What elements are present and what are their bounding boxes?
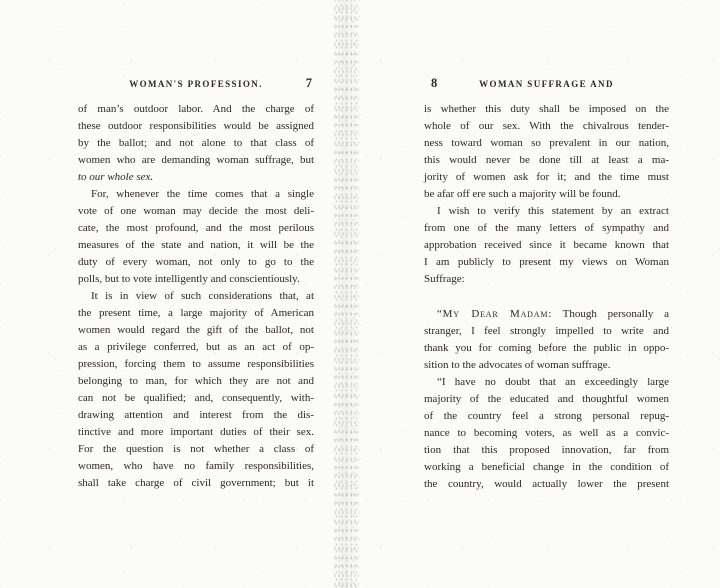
text-line: this would never be done till at least a… [424, 152, 669, 169]
text-line: of the country feel a strong personal re… [424, 408, 669, 425]
text-line: majority of the educated and thoughtful … [424, 391, 669, 408]
letter-salutation: “My Dear Madam: [437, 308, 552, 320]
text-line: of man’s outdoor labor. And the charge o… [78, 101, 314, 118]
text-line: as a privilege conferred, but as an act … [78, 339, 314, 356]
text-line: the country, would actually lower the pr… [424, 476, 669, 493]
text-line: stranger, I feel strongly impelled to wr… [424, 323, 669, 340]
text-line: women who are demanding woman suffrage, … [78, 152, 314, 169]
page-number-right: 8 [431, 76, 437, 91]
text-line: duty of every woman, not only to go to t… [78, 254, 314, 271]
left-page: WOMAN'S PROFESSION. 7 of man’s outdoor l… [78, 78, 314, 492]
text-line: women would regard the gift of the ballo… [78, 322, 314, 339]
text-line: ness toward woman so prevalent in our na… [424, 135, 669, 152]
text-line: to our whole sex. [78, 169, 314, 186]
text-line: pression, forcing them to assume respons… [78, 356, 314, 373]
text-line: tinctive and more important duties of th… [78, 424, 314, 441]
text-line: measures of the state and nation, it wil… [78, 237, 314, 254]
text-line: It is in view of such considerations tha… [78, 288, 314, 305]
left-page-text: of man’s outdoor labor. And the charge o… [78, 101, 314, 492]
text-line: jority of women ask for it; and the time… [424, 169, 669, 186]
right-page-header: 8 WOMAN SUFFRAGE AND [424, 78, 669, 91]
text-line: I am publicly to present my views on Wom… [424, 254, 669, 271]
text-line: “I have no doubt that an exceedingly lar… [424, 374, 669, 391]
gutter-shadow [333, 0, 359, 588]
text-line: For, whenever the time comes that a sing… [78, 186, 314, 203]
salutation-rest: Though personally a [552, 308, 669, 320]
text-line: polls, but to vote intelligently and con… [78, 271, 314, 288]
text-line: be afar off ere such a majority will be … [424, 186, 669, 203]
text-line: whole of our sex. With the chivalrous te… [424, 118, 669, 135]
text-line: by the ballot; and not alone to that cla… [78, 135, 314, 152]
page-number-left: 7 [306, 76, 312, 91]
text-line: nance to becoming voters, as well as a c… [424, 425, 669, 442]
text-line: these outdoor responsibilities would be … [78, 118, 314, 135]
paragraph: It is in view of such considerations tha… [78, 288, 314, 492]
paragraph: I wish to verify this statement by an ex… [424, 203, 669, 288]
text-line: can not be qualified; and, consequently,… [78, 390, 314, 407]
text-line: tion that this proposed innovation, far … [424, 442, 669, 459]
text-line: sition to the advocates of woman suffrag… [424, 357, 669, 374]
paragraph: is whether this duty shall be imposed on… [424, 101, 669, 203]
text-line: shall take charge of civil government; b… [78, 475, 314, 492]
text-line: women, who have no family responsibiliti… [78, 458, 314, 475]
text-line: is whether this duty shall be imposed on… [424, 101, 669, 118]
right-page-text: is whether this duty shall be imposed on… [424, 101, 669, 493]
text-line: Suffrage: [424, 271, 669, 288]
running-title-right: WOMAN SUFFRAGE AND [479, 79, 614, 89]
text-line: vote of one woman may decide the most de… [78, 203, 314, 220]
paragraph: For, whenever the time comes that a sing… [78, 186, 314, 288]
text-line: the present time, a large majority of Am… [78, 305, 314, 322]
running-title-left: WOMAN'S PROFESSION. [129, 79, 263, 89]
paragraph: “My Dear Madam: Though personally astran… [424, 306, 669, 374]
text-line: thank you for coming before the public i… [424, 340, 669, 357]
text-line: working a beneficial change in the condi… [424, 459, 669, 476]
paragraph: “I have no doubt that an exceedingly lar… [424, 374, 669, 493]
text-line: For the question is not whether a class … [78, 441, 314, 458]
text-line: belonging to man, for which they are not… [78, 373, 314, 390]
text-line: I wish to verify this statement by an ex… [424, 203, 669, 220]
text-line: “My Dear Madam: Though personally a [424, 306, 669, 323]
paragraph: of man’s outdoor labor. And the charge o… [78, 101, 314, 186]
book-spread: WOMAN'S PROFESSION. 7 of man’s outdoor l… [0, 0, 720, 588]
text-line: cate, the most profound, and the most pe… [78, 220, 314, 237]
text-line: from one of the many letters of sympathy… [424, 220, 669, 237]
text-line: approbation received since it became kno… [424, 237, 669, 254]
left-page-header: WOMAN'S PROFESSION. 7 [78, 78, 314, 91]
text-line: drawing attention and interest from the … [78, 407, 314, 424]
right-page: 8 WOMAN SUFFRAGE AND is whether this dut… [424, 78, 669, 493]
